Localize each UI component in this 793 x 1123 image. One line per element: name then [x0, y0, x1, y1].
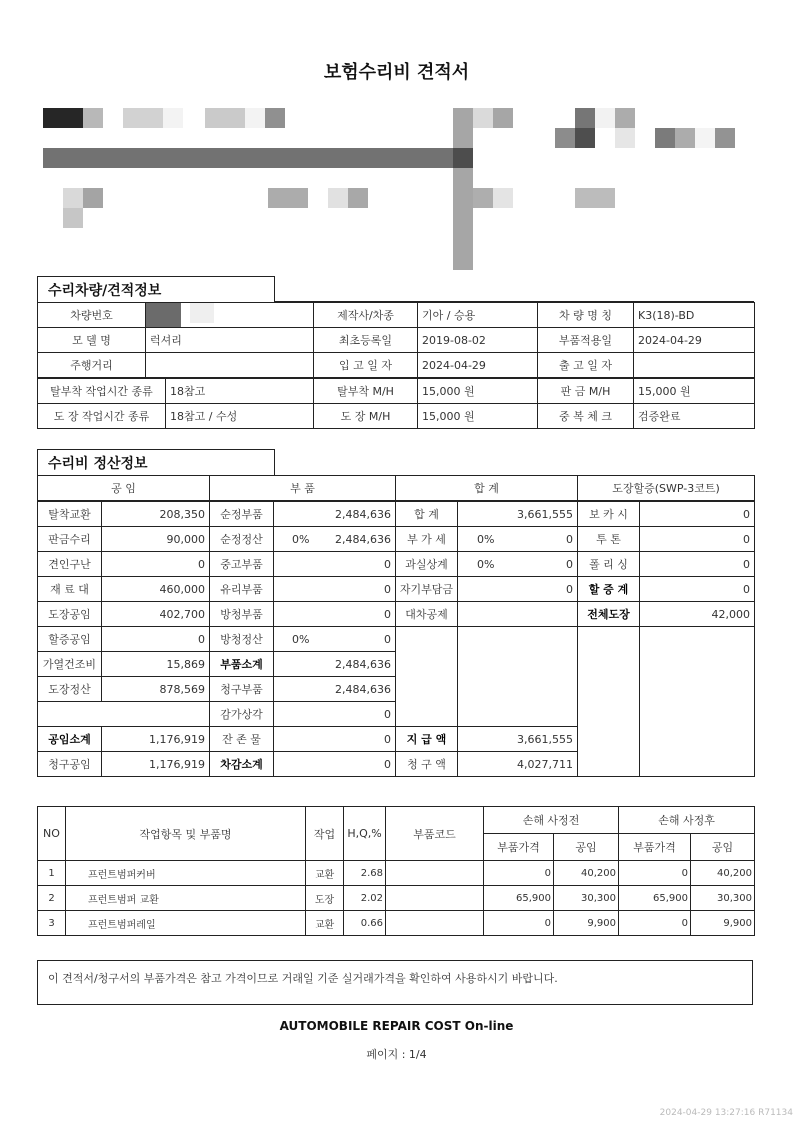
field-label: 입 고 일 자 — [314, 353, 418, 379]
vehicle-section-heading: 수리차량/견적정보 — [37, 276, 275, 303]
plate-number-redacted — [146, 303, 314, 328]
parts-header: 부 품 — [210, 476, 396, 502]
totals-label: 과실상계 — [396, 552, 458, 577]
field-value: 검증완료 — [634, 404, 755, 429]
paint-empty-cell — [578, 627, 640, 777]
labor-header: 공 임 — [38, 476, 210, 502]
paint-label: 전체도장 — [578, 602, 640, 627]
totals-value: 3,661,555 — [458, 501, 578, 527]
row-after-part: 0 — [619, 911, 691, 936]
field-value: 기아 / 승용 — [418, 303, 538, 328]
field-label: 최초등록일 — [314, 328, 418, 353]
row-hq: 2.02 — [344, 886, 386, 911]
row-before-labor: 9,900 — [554, 911, 619, 936]
work-items-table: NO 작업항목 및 부품명 작업 H,Q,% 부품코드 손해 사정전 손해 사정… — [37, 806, 755, 936]
field-value: 15,000 원 — [634, 378, 755, 404]
parts-pct: 0% — [274, 527, 328, 552]
labor-label: 판금수리 — [38, 527, 102, 552]
field-value: 15,000 원 — [418, 404, 538, 429]
field-label: 출 고 일 자 — [538, 353, 634, 379]
field-value: 2019-08-02 — [418, 328, 538, 353]
field-value: K3(18)-BD — [634, 303, 755, 328]
col-after-part: 부품가격 — [619, 834, 691, 861]
field-label: 탈부착 M/H — [314, 378, 418, 404]
row-after-labor: 30,300 — [691, 886, 755, 911]
paint-value: 0 — [640, 552, 755, 577]
labor-value: 90,000 — [102, 527, 210, 552]
row-hq: 0.66 — [344, 911, 386, 936]
parts-label: 감가상각 — [210, 702, 274, 727]
row-work: 도장 — [306, 886, 344, 911]
field-label: 도 장 M/H — [314, 404, 418, 429]
field-label: 판 금 M/H — [538, 378, 634, 404]
parts-label: 방청부품 — [210, 602, 274, 627]
labor-label: 도장공임 — [38, 602, 102, 627]
labor-label: 공임소계 — [38, 727, 102, 752]
row-before-labor: 30,300 — [554, 886, 619, 911]
labor-value: 208,350 — [102, 501, 210, 527]
col-no: NO — [38, 807, 66, 861]
totals-label: 합 계 — [396, 501, 458, 527]
paint-value: 0 — [640, 527, 755, 552]
parts-value: 0 — [274, 752, 396, 777]
field-value: 18참고 / 수성 — [166, 404, 314, 429]
footer-brand: AUTOMOBILE REPAIR COST On-line — [0, 1019, 793, 1033]
field-label: 차량번호 — [38, 303, 146, 328]
settlement-section-heading: 수리비 정산정보 — [37, 449, 275, 476]
col-after-labor: 공임 — [691, 834, 755, 861]
paint-label: 폴 리 싱 — [578, 552, 640, 577]
settlement-row: 판금수리 90,000 순정정산 0% 2,484,636 부 가 세 0% 0… — [38, 527, 755, 552]
row-after-part: 65,900 — [619, 886, 691, 911]
totals-value: 0 — [458, 577, 578, 602]
vehicle-row: 탈부착 작업시간 종류 18참고 탈부착 M/H 15,000 원 판 금 M/… — [38, 378, 755, 404]
totals-empty-cell — [396, 627, 458, 727]
parts-value: 2,484,636 — [274, 501, 396, 527]
col-code: 부품코드 — [386, 807, 484, 861]
row-before-part: 0 — [484, 861, 554, 886]
row-work: 교환 — [306, 911, 344, 936]
labor-label: 가열건조비 — [38, 652, 102, 677]
parts-label: 순정부품 — [210, 501, 274, 527]
parts-label: 방청정산 — [210, 627, 274, 652]
field-label: 모 델 명 — [38, 328, 146, 353]
vehicle-row: 차량번호 제작사/차종 기아 / 승용 차 량 명 칭 K3(18)-BD — [38, 303, 755, 328]
field-value: 2024-04-29 — [418, 353, 538, 379]
field-label: 도 장 작업시간 종류 — [38, 404, 166, 429]
parts-value: 0 — [274, 552, 396, 577]
work-item-row: 1 프런트범퍼커버 교환 2.68 0 40,200 0 40,200 — [38, 861, 755, 886]
totals-pct: 0% — [458, 527, 514, 552]
field-value: 15,000 원 — [418, 378, 538, 404]
row-item: 프런트범퍼커버 — [66, 861, 306, 886]
paint-surcharge-header: 도장할증(SWP-3코트) — [578, 476, 755, 502]
parts-value: 2,484,636 — [274, 677, 396, 702]
parts-label: 청구부품 — [210, 677, 274, 702]
parts-value: 0 — [274, 702, 396, 727]
paint-label: 할 증 계 — [578, 577, 640, 602]
labor-label: 견인구난 — [38, 552, 102, 577]
settlement-row: 재 료 대 460,000 유리부품 0 자기부담금 0 할 증 계 0 — [38, 577, 755, 602]
field-label: 제작사/차종 — [314, 303, 418, 328]
col-item: 작업항목 및 부품명 — [66, 807, 306, 861]
col-work: 작업 — [306, 807, 344, 861]
labor-value: 0 — [102, 552, 210, 577]
field-label: 탈부착 작업시간 종류 — [38, 378, 166, 404]
vehicle-row: 도 장 작업시간 종류 18참고 / 수성 도 장 M/H 15,000 원 중… — [38, 404, 755, 429]
labor-label: 재 료 대 — [38, 577, 102, 602]
paint-value: 42,000 — [640, 602, 755, 627]
labor-value: 1,176,919 — [102, 727, 210, 752]
row-hq: 2.68 — [344, 861, 386, 886]
totals-value: 0 — [514, 552, 578, 577]
work-item-row: 3 프런트범퍼레일 교환 0.66 0 9,900 0 9,900 — [38, 911, 755, 936]
paint-value: 0 — [640, 577, 755, 602]
row-after-labor: 9,900 — [691, 911, 755, 936]
vehicle-row: 모 델 명 럭셔리 최초등록일 2019-08-02 부품적용일 2024-04… — [38, 328, 755, 353]
parts-value: 0 — [328, 627, 396, 652]
col-before-labor: 공임 — [554, 834, 619, 861]
row-work: 교환 — [306, 861, 344, 886]
row-no: 2 — [38, 886, 66, 911]
totals-empty-cell — [458, 627, 578, 727]
price-notice: 이 견적서/청구서의 부품가격은 참고 가격이므로 거래일 기준 실거래가격을 … — [37, 960, 753, 1005]
labor-empty-cell — [38, 702, 210, 727]
field-value — [634, 353, 755, 379]
print-timestamp: 2024-04-29 13:27:16 R71134 — [660, 1108, 793, 1118]
field-label: 중 복 체 크 — [538, 404, 634, 429]
parts-value: 2,484,636 — [328, 527, 396, 552]
labor-label: 탈착교환 — [38, 501, 102, 527]
paint-label: 투 톤 — [578, 527, 640, 552]
totals-label: 대차공제 — [396, 602, 458, 627]
document-title: 보험수리비 견적서 — [0, 58, 793, 84]
row-no: 3 — [38, 911, 66, 936]
settlement-table: 공 임 부 품 합 계 도장할증(SWP-3코트) 탈착교환 208,350 순… — [37, 475, 755, 777]
parts-pct: 0% — [274, 627, 328, 652]
settlement-row: 탈착교환 208,350 순정부품 2,484,636 합 계 3,661,55… — [38, 501, 755, 527]
parts-label: 잔 존 물 — [210, 727, 274, 752]
row-before-part: 0 — [484, 911, 554, 936]
labor-value: 15,869 — [102, 652, 210, 677]
field-label: 주행거리 — [38, 353, 146, 379]
col-before: 손해 사정전 — [484, 807, 619, 834]
parts-value: 0 — [274, 727, 396, 752]
payment-amount: 3,661,555 — [458, 727, 578, 752]
parts-label: 부품소계 — [210, 652, 274, 677]
labor-label: 할증공임 — [38, 627, 102, 652]
field-value — [146, 353, 314, 379]
paint-value: 0 — [640, 501, 755, 527]
settlement-row: 견인구난 0 중고부품 0 과실상계 0% 0 폴 리 싱 0 — [38, 552, 755, 577]
totals-label: 청 구 액 — [396, 752, 458, 777]
field-value: 2024-04-29 — [634, 328, 755, 353]
parts-value: 2,484,636 — [274, 652, 396, 677]
totals-pct: 0% — [458, 552, 514, 577]
totals-label: 자기부담금 — [396, 577, 458, 602]
claim-amount: 4,027,711 — [458, 752, 578, 777]
parts-value: 0 — [274, 602, 396, 627]
page-indicator: 페이지 : 1/4 — [0, 1046, 793, 1062]
row-before-part: 65,900 — [484, 886, 554, 911]
row-code — [386, 886, 484, 911]
totals-header: 합 계 — [396, 476, 578, 502]
totals-label: 부 가 세 — [396, 527, 458, 552]
row-item: 프런트범퍼 교환 — [66, 886, 306, 911]
col-after: 손해 사정후 — [619, 807, 755, 834]
labor-value: 1,176,919 — [102, 752, 210, 777]
settlement-row: 할증공임 0 방청정산 0% 0 — [38, 627, 755, 652]
paint-empty-cell — [640, 627, 755, 777]
parts-label: 유리부품 — [210, 577, 274, 602]
field-value: 럭셔리 — [146, 328, 314, 353]
row-after-part: 0 — [619, 861, 691, 886]
totals-label: 지 급 액 — [396, 727, 458, 752]
settlement-row: 도장공임 402,700 방청부품 0 대차공제 전체도장 42,000 — [38, 602, 755, 627]
work-item-row: 2 프런트범퍼 교환 도장 2.02 65,900 30,300 65,900 … — [38, 886, 755, 911]
row-code — [386, 861, 484, 886]
field-value: 18참고 — [166, 378, 314, 404]
field-label: 부품적용일 — [538, 328, 634, 353]
row-after-labor: 40,200 — [691, 861, 755, 886]
settlement-header-row: 공 임 부 품 합 계 도장할증(SWP-3코트) — [38, 476, 755, 502]
col-before-part: 부품가격 — [484, 834, 554, 861]
labor-value: 402,700 — [102, 602, 210, 627]
row-item: 프런트범퍼레일 — [66, 911, 306, 936]
col-hq: H,Q,% — [344, 807, 386, 861]
work-items-header: NO 작업항목 및 부품명 작업 H,Q,% 부품코드 손해 사정전 손해 사정… — [38, 807, 755, 834]
vehicle-info-table: 차량번호 제작사/차종 기아 / 승용 차 량 명 칭 K3(18)-BD 모 … — [37, 302, 755, 429]
row-before-labor: 40,200 — [554, 861, 619, 886]
parts-label: 순정정산 — [210, 527, 274, 552]
vehicle-row: 주행거리 입 고 일 자 2024-04-29 출 고 일 자 — [38, 353, 755, 379]
totals-value — [458, 602, 578, 627]
labor-value: 0 — [102, 627, 210, 652]
parts-label: 중고부품 — [210, 552, 274, 577]
paint-label: 보 카 시 — [578, 501, 640, 527]
parts-value: 0 — [274, 577, 396, 602]
labor-value: 878,569 — [102, 677, 210, 702]
row-no: 1 — [38, 861, 66, 886]
labor-label: 도장정산 — [38, 677, 102, 702]
parts-label: 차감소계 — [210, 752, 274, 777]
row-code — [386, 911, 484, 936]
field-label: 차 량 명 칭 — [538, 303, 634, 328]
totals-value: 0 — [514, 527, 578, 552]
labor-value: 460,000 — [102, 577, 210, 602]
labor-label: 청구공임 — [38, 752, 102, 777]
